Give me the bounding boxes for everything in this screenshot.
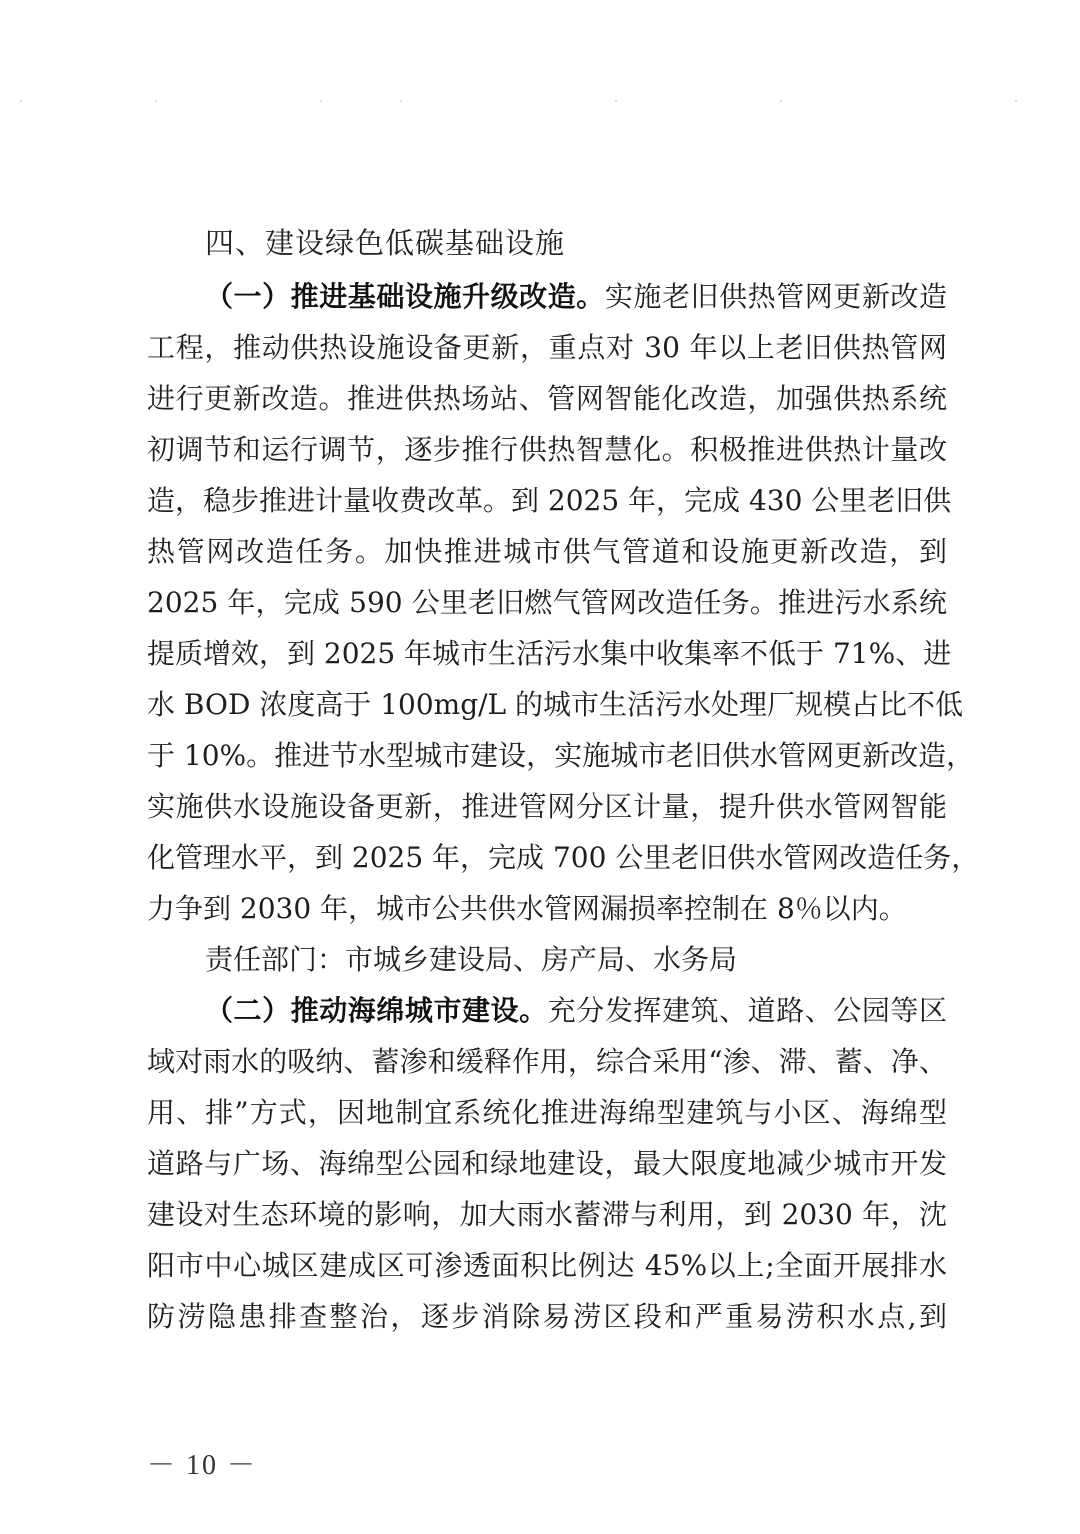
scan-speck xyxy=(155,100,157,102)
scan-speck xyxy=(20,100,22,102)
paragraph-text: 实施老旧供热管网更新改造 xyxy=(605,280,947,313)
paragraph-line: 域对雨水的吸纳、蓄渗和缓释作用，综合采用“渗、滞、蓄、净、 xyxy=(147,1036,947,1087)
paragraph-line: 道路与广场、海绵型公园和绿地建设，最大限度地减少城市开发 xyxy=(147,1138,947,1189)
paragraph-line: 防涝隐患排查整治，逐步消除易涝区段和严重易涝积水点,到 xyxy=(147,1291,947,1342)
scan-speck xyxy=(780,100,782,102)
paragraph-line: （二）推动海绵城市建设。充分发挥建筑、道路、公园等区 xyxy=(205,985,947,1036)
section-heading: 四、建设绿色低碳基础设施 xyxy=(205,218,565,269)
paragraph-line: 进行更新改造。推进供热场站、管网智能化改造，加强供热系统 xyxy=(147,373,947,424)
document-page: 四、建设绿色低碳基础设施 （一）推进基础设施升级改造。实施老旧供热管网更新改造 … xyxy=(0,0,1080,1534)
scan-speck xyxy=(400,100,402,102)
scan-speck xyxy=(1015,100,1017,102)
subsection-title: （二）推动海绵城市建设。 xyxy=(205,994,548,1027)
paragraph-line: 阳市中心城区建成区可渗透面积比例达 45%以上;全面开展排水 xyxy=(147,1240,947,1291)
paragraph-line: 工程，推动供热设施设备更新，重点对 30 年以上老旧供热管网 xyxy=(147,322,947,373)
subsection-title: （一）推进基础设施升级改造。 xyxy=(205,280,605,313)
paragraph-line: 建设对生态环境的影响，加大雨水蓄滞与利用，到 2030 年，沈 xyxy=(147,1189,947,1240)
paragraph-line: 提质增效，到 2025 年城市生活污水集中收集率不低于 71%、进 xyxy=(147,628,947,679)
paragraph-line: 实施供水设施设备更新，推进管网分区计量，提升供水管网智能 xyxy=(147,781,947,832)
paragraph-line: 于 10%。推进节水型城市建设，实施城市老旧供水管网更新改造， xyxy=(147,730,947,781)
paragraph-line: 用、排”方式，因地制宜系统化推进海绵型建筑与小区、海绵型 xyxy=(147,1087,947,1138)
paragraph-line: 2025 年，完成 590 公里老旧燃气管网改造任务。推进污水系统 xyxy=(147,577,947,628)
responsible-departments: 责任部门：市城乡建设局、房产局、水务局 xyxy=(205,934,947,985)
paragraph-line: 初调节和运行调节，逐步推行供热智慧化。积极推进供热计量改 xyxy=(147,424,947,475)
paragraph-text: 充分发挥建筑、道路、公园等区 xyxy=(548,994,947,1027)
paragraph-line: 热管网改造任务。加快推进城市供气管道和设施更新改造，到 xyxy=(147,526,947,577)
paragraph-line: 水 BOD 浓度高于 100mg/L 的城市生活污水处理厂规模占比不低 xyxy=(147,679,947,730)
page-number: － 10 － xyxy=(147,1446,257,1486)
scan-speck xyxy=(320,100,322,102)
paragraph-line: 造，稳步推进计量收费改革。到 2025 年，完成 430 公里老旧供 xyxy=(147,475,947,526)
paragraph-line: 化管理水平，到 2025 年，完成 700 公里老旧供水管网改造任务， xyxy=(147,832,947,883)
scan-speck xyxy=(615,100,617,102)
paragraph-line: （一）推进基础设施升级改造。实施老旧供热管网更新改造 xyxy=(205,271,947,322)
paragraph-line: 力争到 2030 年，城市公共供水管网漏损率控制在 8％以内。 xyxy=(147,883,947,934)
